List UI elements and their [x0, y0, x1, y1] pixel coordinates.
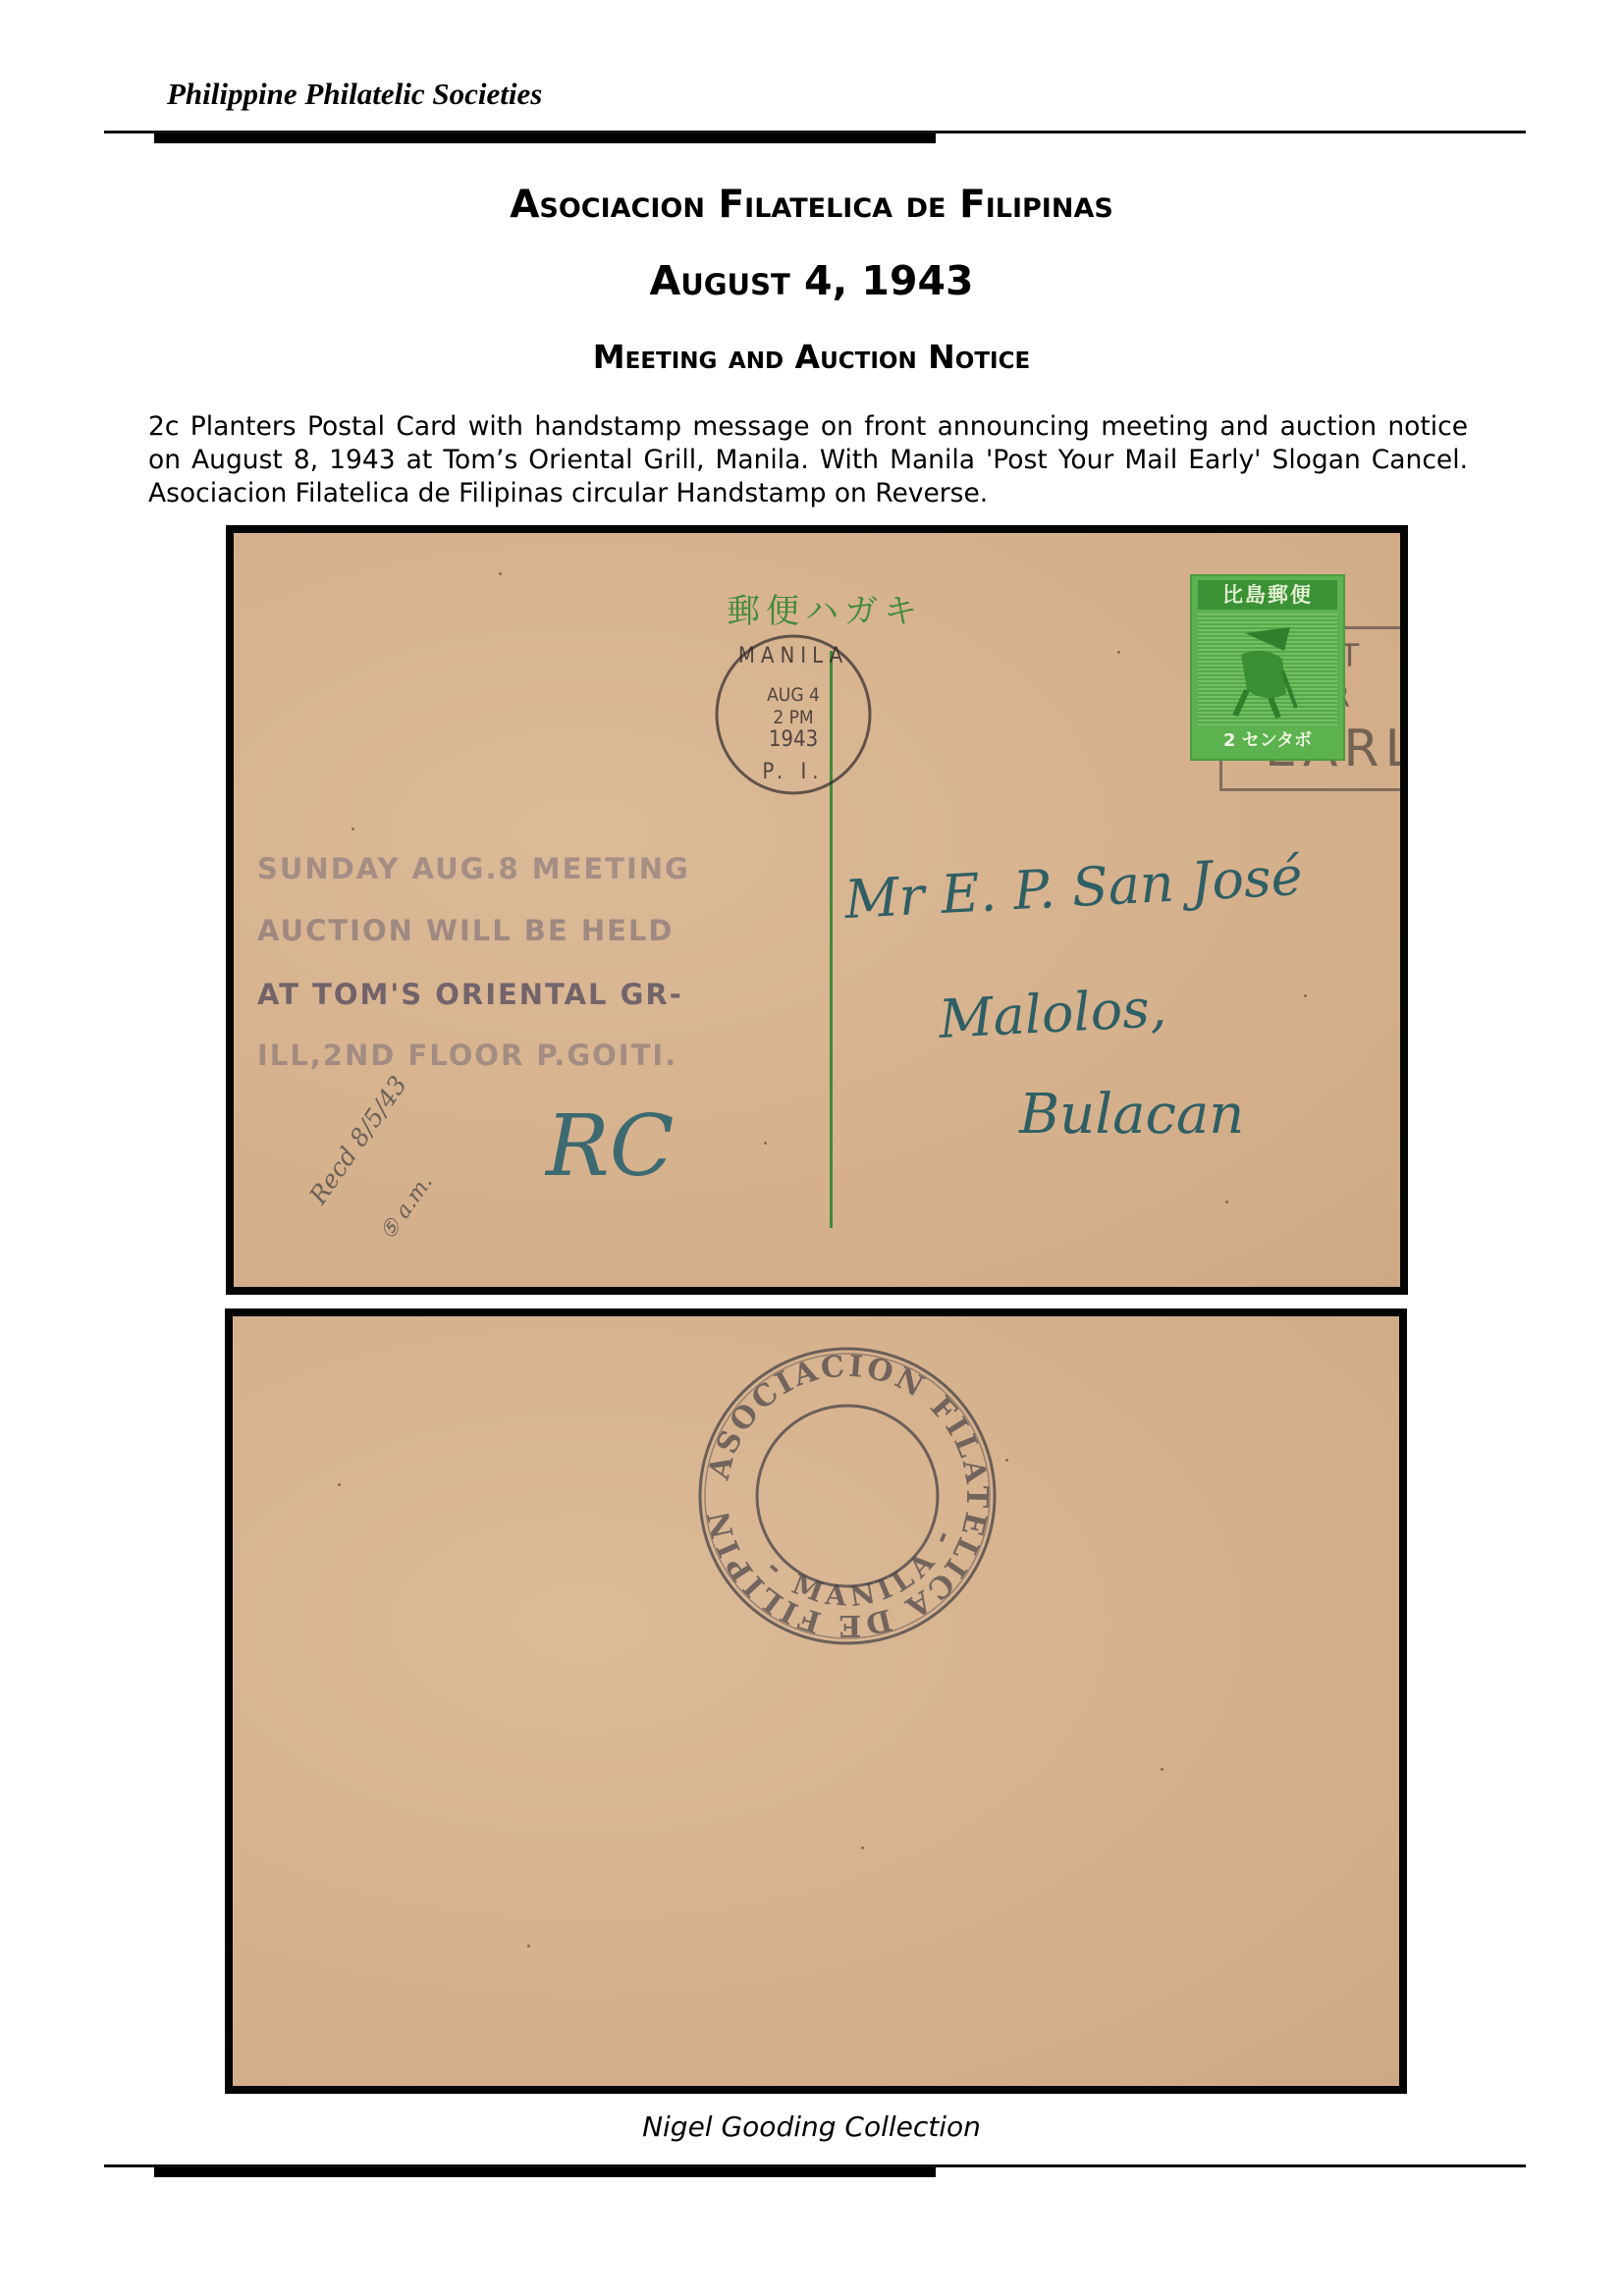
- front-postal-card: 郵便ハガキ POST YOUR M EARL 比島郵便 2 センタボ: [234, 533, 1400, 1287]
- manila-postmark: MANILA AUG 4 2 PM 1943 P. I.: [710, 631, 877, 798]
- stamp-value-text: 2 センタボ: [1198, 727, 1337, 755]
- postmark-date: AUG 4: [710, 685, 877, 705]
- stamp-planter-scene: [1198, 614, 1337, 725]
- postmark-time: 2 PM: [710, 708, 877, 727]
- page-subtitle: Meeting and Auction Notice: [0, 338, 1623, 376]
- handstamp-line-1: SUNDAY AUG.8 MEETING: [257, 852, 690, 885]
- collection-caption: Nigel Gooding Collection: [0, 2110, 1623, 2143]
- address-province: Bulacan: [1019, 1083, 1244, 1147]
- header-rule-thick: [154, 133, 936, 143]
- postmark-country: P. I.: [710, 763, 877, 782]
- page-date: August 4, 1943: [0, 257, 1623, 304]
- postmark-year: 1943: [710, 730, 877, 750]
- pencil-received-note: Recd 8/5/43: [303, 1071, 412, 1209]
- planter-stamp: 比島郵便 2 センタボ: [1190, 574, 1345, 761]
- page-title: Asociacion Filatelica de Filipinas: [0, 183, 1623, 227]
- description-paragraph: 2c Planters Postal Card with handstamp m…: [148, 410, 1468, 510]
- back-postal-card: ASOCIACION FILATELICA DE FILIPINAS - MAN…: [233, 1316, 1399, 2086]
- back-card-frame: ASOCIACION FILATELICA DE FILIPINAS - MAN…: [225, 1308, 1407, 2094]
- running-header: Philippine Philatelic Societies: [167, 77, 542, 112]
- planter-figure-icon: [1227, 625, 1300, 720]
- handwritten-initials: RC: [546, 1097, 675, 1196]
- handstamp-line-3: AT TOM'S ORIENTAL GR-: [257, 978, 683, 1011]
- card-header-japanese: 郵便ハガキ: [727, 584, 923, 632]
- handstamp-line-4: ILL,2ND FLOOR P.GOITI.: [257, 1039, 677, 1072]
- society-cachet-icon: ASOCIACION FILATELICA DE FILIPINAS - MAN…: [690, 1339, 1004, 1653]
- postmark-city: MANILA: [710, 647, 877, 667]
- address-name: Mr E. P. San José: [843, 845, 1304, 931]
- front-card-frame: 郵便ハガキ POST YOUR M EARL 比島郵便 2 センタボ: [226, 525, 1408, 1295]
- pencil-time-note: ⑤ a.m.: [376, 1170, 438, 1245]
- handstamp-line-2: AUCTION WILL BE HELD: [257, 914, 674, 947]
- footer-rule-thick: [154, 2167, 936, 2177]
- address-town: Malolos,: [938, 977, 1168, 1050]
- stamp-top-text: 比島郵便: [1198, 580, 1337, 610]
